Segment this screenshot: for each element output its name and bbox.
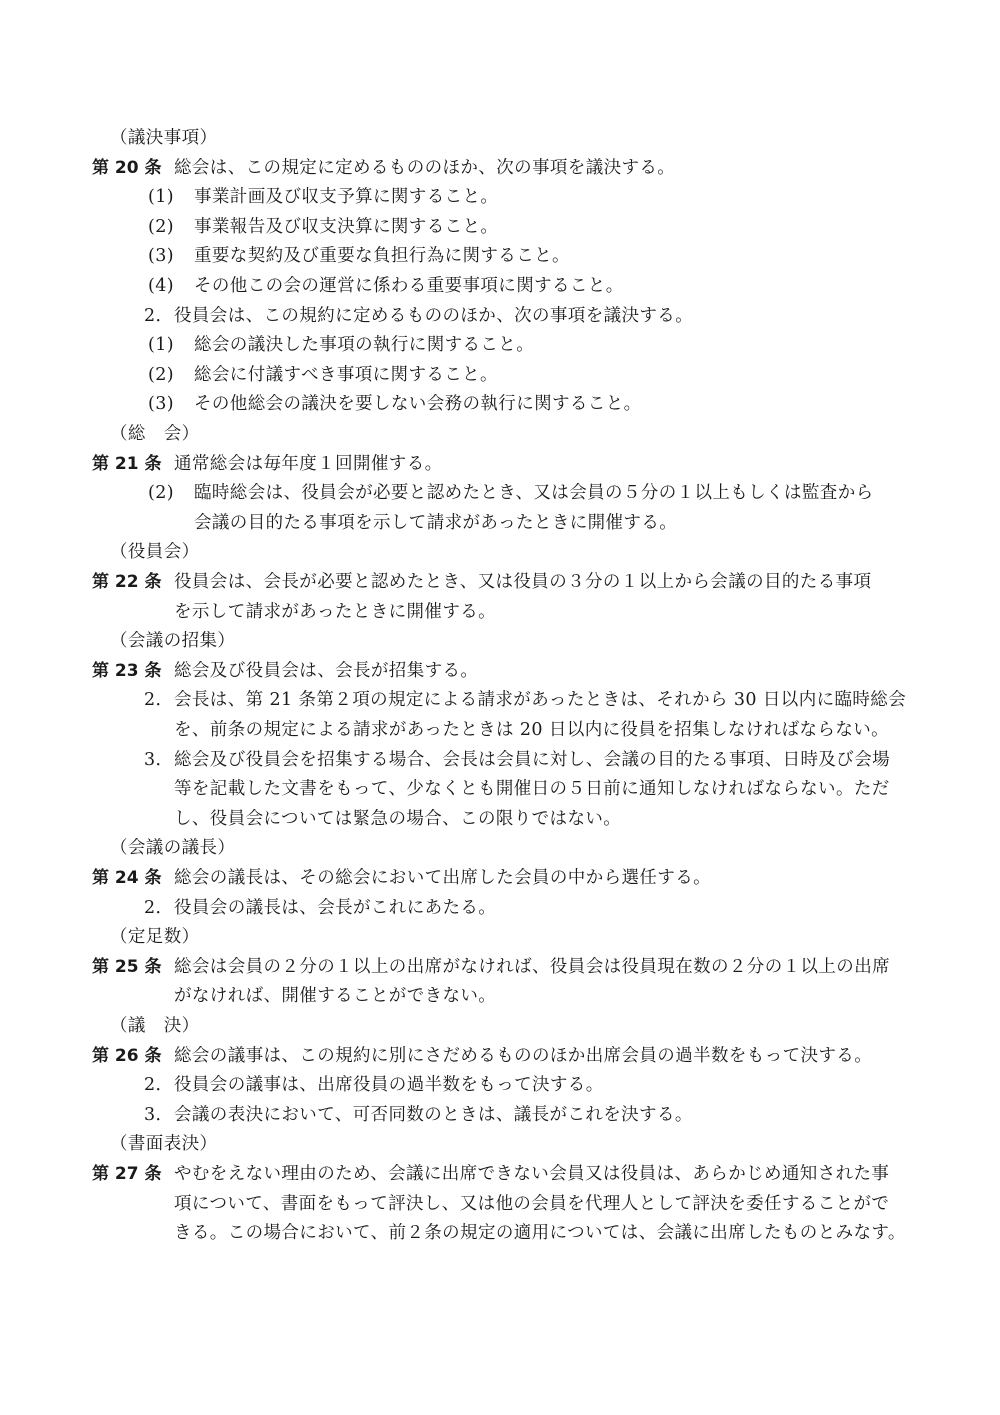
article-text: きる。この場合において、前２条の規定の適用については、会議に出席したものとみなす…	[174, 1221, 906, 1245]
item-text: その他この会の運営に係わる重要事項に関すること。	[194, 274, 624, 298]
item-text: 事業報告及び収支決算に関すること。	[194, 215, 498, 239]
section-heading: （役員会）	[110, 540, 200, 564]
section-heading: （総 会）	[110, 422, 200, 446]
article-number: 第 23 条	[92, 659, 162, 683]
article-text: 総会は、この規定に定めるもののほか、次の事項を議決する。	[174, 156, 675, 180]
article-text: 項について、書面をもって評決し、又は他の会員を代理人として評決を委任することがで	[174, 1192, 889, 1216]
section-heading: （会議の招集）	[110, 629, 235, 653]
item-number: (1)	[148, 333, 174, 357]
article-number: 第 21 条	[92, 452, 162, 476]
paragraph-number: 2．	[144, 688, 173, 712]
paragraph-text: を、前条の規定による請求があったときは 20 日以内に役員を招集しなければならな…	[174, 718, 889, 742]
item-text: 会議の目的たる事項を示して請求があったときに開催する。	[194, 511, 677, 535]
article-text: 通常総会は毎年度１回開催する。	[174, 452, 443, 476]
item-number: (2)	[148, 215, 174, 239]
article-number: 第 20 条	[92, 156, 162, 180]
paragraph-text: 会長は、第 21 条第２項の規定による請求があったときは、それから 30 日以内…	[174, 688, 906, 712]
paragraph-text: 役員会の議事は、出席役員の過半数をもって決する。	[174, 1073, 604, 1097]
item-number: (4)	[148, 274, 174, 298]
document-page: （議決事項）第 20 条総会は、この規定に定めるもののほか、次の事項を議決する。…	[0, 0, 1000, 1415]
paragraph-number: 2．	[144, 896, 173, 920]
section-heading: （議決事項）	[110, 126, 217, 150]
paragraph-number: 2．	[144, 304, 173, 328]
paragraph-number: 3．	[144, 1103, 173, 1127]
item-number: (2)	[148, 363, 174, 387]
article-number: 第 24 条	[92, 866, 162, 890]
article-text: 役員会は、会長が必要と認めたとき、又は役員の３分の１以上から会議の目的たる事項	[174, 570, 871, 594]
item-number: (3)	[148, 392, 174, 416]
article-number: 第 22 条	[92, 570, 162, 594]
item-text: 総会に付議すべき事項に関すること。	[194, 363, 498, 387]
item-text: その他総会の議決を要しない会務の執行に関すること。	[194, 392, 642, 416]
item-text: 重要な契約及び重要な負担行為に関すること。	[194, 244, 570, 268]
article-text: を示して請求があったときに開催する。	[174, 600, 496, 624]
section-heading: （書面表決）	[110, 1132, 217, 1156]
article-text: 総会の議長は、その総会において出席した会員の中から選任する。	[174, 866, 711, 890]
article-number: 第 25 条	[92, 955, 162, 979]
paragraph-text: 会議の表決において、可否同数のときは、議長がこれを決する。	[174, 1103, 693, 1127]
article-text: やむをえない理由のため、会議に出席できない会員又は役員は、あらかじめ通知された事	[174, 1162, 889, 1186]
paragraph-number: 3．	[144, 748, 173, 772]
section-heading: （定足数）	[110, 925, 200, 949]
article-text: がなければ、開催することができない。	[174, 984, 496, 1008]
paragraph-text: 等を記載した文書をもって、少なくとも開催日の５日前に通知しなければならない。ただ	[174, 777, 890, 801]
item-text: 事業計画及び収支予算に関すること。	[194, 185, 498, 209]
item-number: (3)	[148, 244, 174, 268]
section-heading: （会議の議長）	[110, 836, 235, 860]
item-number: (1)	[148, 185, 174, 209]
paragraph-number: 2．	[144, 1073, 173, 1097]
paragraph-text: し、役員会については緊急の場合、この限りではない。	[174, 807, 621, 831]
paragraph-text: 役員会は、この規約に定めるもののほか、次の事項を議決する。	[174, 304, 693, 328]
article-text: 総会及び役員会は、会長が招集する。	[174, 659, 478, 683]
section-heading: （議 決）	[110, 1014, 200, 1038]
item-number: (2)	[148, 481, 174, 505]
paragraph-text: 総会及び役員会を招集する場合、会長は会員に対し、会議の目的たる事項、日時及び会場	[174, 748, 890, 772]
article-text: 総会は会員の２分の１以上の出席がなければ、役員会は役員現在数の２分の１以上の出席	[174, 955, 890, 979]
article-text: 総会の議事は、この規約に別にさだめるもののほか出席会員の過半数をもって決する。	[174, 1044, 872, 1068]
article-number: 第 26 条	[92, 1044, 162, 1068]
paragraph-text: 役員会の議長は、会長がこれにあたる。	[174, 896, 496, 920]
item-text: 総会の議決した事項の執行に関すること。	[194, 333, 534, 357]
item-text: 臨時総会は、役員会が必要と認めたとき、又は会員の５分の１以上もしくは監査から	[194, 481, 874, 505]
article-number: 第 27 条	[92, 1162, 162, 1186]
